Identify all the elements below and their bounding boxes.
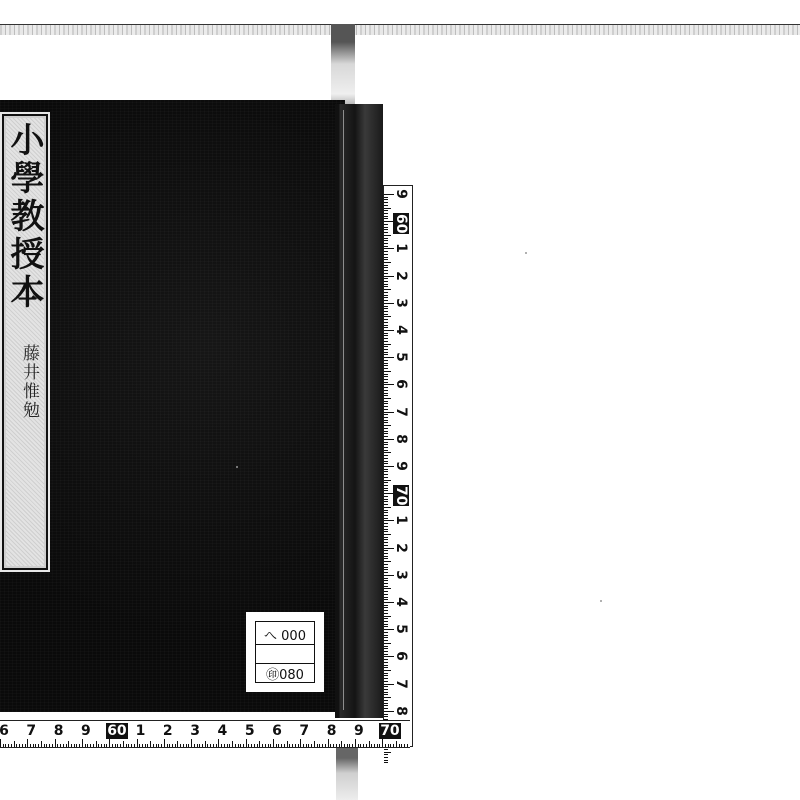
ruler-tick: [384, 504, 388, 505]
ruler-tick: [384, 507, 391, 508]
ruler-tick: [384, 297, 388, 298]
ruler-tick: [404, 744, 405, 747]
ruler-tick: [175, 744, 176, 747]
ruler-tick: [384, 232, 388, 233]
ruler-tick: [384, 564, 388, 565]
ruler-tick: [384, 319, 388, 320]
ruler-tick: [384, 537, 388, 538]
ruler-tick: [384, 760, 388, 761]
ruler-tick: [384, 749, 388, 750]
ruler-tick: [384, 681, 388, 682]
ruler-tick: [384, 398, 391, 399]
ruler-tick: [384, 213, 388, 214]
ruler-tick: [384, 390, 388, 391]
ruler-tick: [172, 744, 173, 747]
ruler-tick: [374, 744, 375, 747]
ruler-tick: [384, 433, 388, 434]
ruler-tick: [169, 744, 170, 747]
ruler-tick: [384, 637, 388, 638]
ruler-tick: [384, 414, 388, 415]
ruler-tick: [57, 744, 58, 747]
ruler-tick: [384, 689, 388, 690]
ruler-tick: [384, 417, 388, 418]
ruler-tick: [384, 708, 388, 709]
ruler-tick: [322, 744, 323, 747]
ruler-tick: [384, 697, 391, 698]
ruler-tick: [278, 744, 279, 747]
ruler-number: 60: [393, 213, 409, 229]
ruler-tick: [363, 744, 364, 747]
ruler-tick: [384, 278, 388, 279]
ruler-tick: [227, 744, 228, 747]
ruler-tick: [384, 431, 388, 432]
ruler-tick: [384, 624, 388, 625]
stamp-line-3: ㊞080: [256, 664, 314, 683]
ruler-tick: [384, 229, 388, 230]
ruler-tick: [333, 744, 334, 747]
ruler-tick: [115, 744, 116, 747]
ruler-tick: [221, 744, 222, 747]
ruler-number: 9: [352, 723, 366, 739]
ruler-tick: [210, 744, 211, 747]
ruler-tick: [319, 744, 320, 747]
ruler-tick: [377, 744, 378, 747]
horizontal-ruler: 67896012345678970: [0, 720, 410, 748]
ruler-tick: [384, 594, 388, 595]
ruler-number: 2: [161, 723, 175, 739]
ruler-tick: [384, 395, 388, 396]
ruler-tick: [384, 376, 388, 377]
ruler-tick: [360, 744, 361, 747]
ruler-tick: [134, 744, 135, 747]
ruler-tick: [390, 744, 391, 747]
ruler-tick: [109, 739, 110, 747]
ruler-number: 8: [393, 703, 409, 719]
ruler-tick: [33, 744, 34, 747]
ruler-tick: [101, 744, 102, 747]
ruler-tick: [384, 262, 391, 263]
ruler-tick: [384, 344, 391, 345]
ruler-tick: [232, 741, 233, 747]
ruler-tick: [276, 744, 277, 747]
ruler-tick: [11, 744, 12, 747]
ruler-tick: [273, 739, 274, 747]
ruler-tick: [112, 744, 113, 747]
ruler-tick: [384, 374, 388, 375]
ruler-tick: [27, 739, 28, 747]
ruler-tick: [384, 501, 388, 502]
ruler-tick: [384, 208, 391, 209]
ruler-tick: [235, 744, 236, 747]
ruler-tick: [384, 534, 391, 535]
ruler-tick: [38, 744, 39, 747]
ruler-tick: [384, 518, 388, 519]
ruler-number: 3: [393, 295, 409, 311]
ruler-tick: [352, 744, 353, 747]
ruler-tick: [384, 714, 388, 715]
ruler-tick: [341, 741, 342, 747]
ruler-tick: [349, 744, 350, 747]
ruler-tick: [384, 496, 388, 497]
book-title: 小學教授本: [4, 122, 44, 312]
ruler-tick: [120, 744, 121, 747]
ruler-tick: [145, 744, 146, 747]
ruler-tick: [295, 744, 296, 747]
ruler-tick: [384, 311, 388, 312]
ruler-tick: [281, 744, 282, 747]
ruler-tick: [384, 235, 391, 236]
ruler-tick: [384, 316, 391, 317]
ruler-tick: [384, 678, 388, 679]
ruler-tick: [128, 744, 129, 747]
ruler-tick: [384, 382, 388, 383]
ruler-tick: [384, 469, 388, 470]
ruler-tick: [153, 744, 154, 747]
ruler-tick: [384, 393, 388, 394]
ruler-tick: [8, 744, 9, 747]
ruler-tick: [384, 197, 388, 198]
ruler-tick: [384, 667, 388, 668]
ruler-tick: [384, 458, 388, 459]
ruler-number: 2: [393, 268, 409, 284]
ruler-tick: [384, 754, 388, 755]
ruler-tick: [384, 205, 388, 206]
ruler-tick: [384, 675, 388, 676]
ruler-tick: [384, 341, 388, 342]
ruler-tick: [106, 744, 107, 747]
library-stamp: へ 000 ㊞080: [248, 614, 322, 690]
ruler-tick: [384, 635, 388, 636]
ruler-tick: [44, 744, 45, 747]
ruler-tick: [22, 744, 23, 747]
ruler-tick: [289, 744, 290, 747]
ruler-tick: [384, 273, 388, 274]
stamp-line-1: へ 000: [256, 625, 314, 644]
ruler-tick: [0, 739, 1, 747]
ruler-tick: [384, 238, 388, 239]
ruler-tick: [314, 741, 315, 747]
ruler-tick: [262, 744, 263, 747]
ruler-tick: [384, 199, 388, 200]
ruler-tick: [384, 588, 391, 589]
ruler-tick: [3, 744, 4, 747]
ruler-tick: [384, 529, 388, 530]
ruler-tick: [384, 442, 388, 443]
ruler-tick: [183, 744, 184, 747]
ruler-tick: [339, 744, 340, 747]
ruler-tick: [384, 694, 388, 695]
ruler-tick: [384, 572, 388, 573]
ruler-tick: [194, 744, 195, 747]
ruler-tick: [85, 744, 86, 747]
ruler-tick: [384, 567, 388, 568]
ruler-tick: [248, 744, 249, 747]
ruler-tick: [246, 739, 247, 747]
ruler-tick: [384, 450, 388, 451]
ruler-tick: [379, 744, 380, 747]
ruler-tick: [384, 607, 388, 608]
ruler-tick: [384, 599, 388, 600]
ruler-tick: [63, 744, 64, 747]
ruler-tick: [308, 744, 309, 747]
ruler-tick: [257, 744, 258, 747]
ruler-tick: [254, 744, 255, 747]
ruler-number: 5: [393, 621, 409, 637]
ruler-tick: [292, 744, 293, 747]
ruler-tick: [384, 246, 388, 247]
ruler-tick: [366, 744, 367, 747]
ruler-tick: [384, 651, 388, 652]
ruler-tick: [384, 703, 388, 704]
ruler-tick: [270, 744, 271, 747]
ruler-tick: [300, 739, 301, 747]
stamp-line-2: [256, 644, 314, 664]
ruler-number: 6: [270, 723, 284, 739]
ruler-tick: [328, 739, 329, 747]
ruler-tick: [156, 744, 157, 747]
ruler-tick: [407, 744, 408, 747]
tie-strap-top: [331, 24, 355, 104]
ruler-tick: [150, 741, 151, 747]
ruler-tick: [224, 744, 225, 747]
ruler-tick: [384, 539, 388, 540]
ruler-tick: [52, 744, 53, 747]
ruler-tick: [384, 371, 391, 372]
book-author: 藤井惟勉: [16, 344, 42, 420]
ruler-tick: [384, 425, 391, 426]
ruler-tick: [384, 428, 388, 429]
ruler-tick: [385, 744, 386, 747]
ruler-tick: [384, 490, 388, 491]
ruler-tick: [384, 202, 388, 203]
ruler-tick: [384, 646, 388, 647]
ruler-tick: [399, 744, 400, 747]
ruler-tick: [384, 286, 388, 287]
ruler-tick: [251, 744, 252, 747]
ruler-tick: [325, 744, 326, 747]
ruler-tick: [384, 597, 388, 598]
ruler-tick: [317, 744, 318, 747]
ruler-tick: [303, 744, 304, 747]
ruler-tick: [384, 387, 388, 388]
ruler-tick: [384, 716, 388, 717]
ruler-tick: [207, 744, 208, 747]
ruler-tick: [384, 621, 388, 622]
ruler-number: 7: [24, 723, 38, 739]
ruler-tick: [384, 762, 388, 763]
ruler-tick: [384, 243, 388, 244]
ruler-tick: [384, 523, 388, 524]
ruler-tick: [384, 526, 388, 527]
ruler-tick: [384, 550, 388, 551]
ruler-tick: [384, 531, 388, 532]
ruler-tick: [384, 259, 388, 260]
ruler-tick: [384, 265, 388, 266]
ruler-tick: [384, 510, 388, 511]
top-paper-band: [0, 24, 800, 35]
ruler-number: 6: [393, 648, 409, 664]
ruler-tick: [384, 254, 388, 255]
ruler-tick: [384, 314, 388, 315]
ruler-tick: [384, 444, 388, 445]
ruler-tick: [126, 744, 127, 747]
ruler-tick: [384, 406, 388, 407]
ruler-tick: [384, 327, 388, 328]
ruler-tick: [384, 218, 388, 219]
ruler-tick: [55, 739, 56, 747]
ruler-tick: [76, 744, 77, 747]
ruler-number: 70: [379, 723, 393, 739]
ruler-tick: [384, 463, 388, 464]
binding-stitch: [343, 110, 344, 710]
ruler-number: 70: [393, 485, 409, 501]
ruler-number: 6: [0, 723, 11, 739]
ruler-tick: [384, 553, 388, 554]
ruler-tick: [243, 744, 244, 747]
ruler-tick: [384, 224, 388, 225]
ruler-tick: [5, 744, 6, 747]
ruler-tick: [98, 744, 99, 747]
ruler-number: 3: [188, 723, 202, 739]
ruler-number: 5: [243, 723, 257, 739]
ruler-tick: [49, 744, 50, 747]
ruler-tick: [213, 744, 214, 747]
ruler-tick: [384, 420, 388, 421]
ruler-tick: [388, 744, 389, 747]
ruler-tick: [384, 338, 388, 339]
ruler-tick: [384, 583, 388, 584]
ruler-tick: [384, 281, 388, 282]
ruler-tick: [384, 488, 388, 489]
ruler-tick: [384, 686, 388, 687]
ruler-number: 3: [393, 567, 409, 583]
ruler-tick: [30, 744, 31, 747]
ruler-tick: [384, 257, 388, 258]
ruler-tick: [384, 346, 388, 347]
ruler-tick: [384, 227, 388, 228]
ruler-tick: [25, 744, 26, 747]
ruler-tick: [74, 744, 75, 747]
ruler-tick: [384, 471, 388, 472]
ruler-number: 7: [297, 723, 311, 739]
ruler-tick: [197, 744, 198, 747]
ruler-tick: [384, 461, 388, 462]
ruler-tick: [306, 744, 307, 747]
ruler-tick: [311, 744, 312, 747]
ruler-tick: [199, 744, 200, 747]
ruler-tick: [384, 292, 388, 293]
ruler-tick: [259, 741, 260, 747]
ruler-tick: [384, 333, 388, 334]
ruler-tick: [347, 744, 348, 747]
ruler-tick: [384, 354, 388, 355]
ruler-tick: [104, 744, 105, 747]
ruler-tick: [384, 422, 388, 423]
ruler-tick: [384, 670, 391, 671]
ruler-number: 8: [325, 723, 339, 739]
ruler-number: 9: [393, 458, 409, 474]
ruler-number: 1: [393, 240, 409, 256]
ruler-tick: [384, 626, 388, 627]
ruler-number: 5: [393, 349, 409, 365]
ruler-tick: [240, 744, 241, 747]
vertical-ruler: 96012345678970123456789: [383, 185, 413, 747]
ruler-tick: [384, 605, 388, 606]
ruler-tick: [384, 640, 388, 641]
ruler-tick: [188, 744, 189, 747]
ruler-tick: [16, 744, 17, 747]
ruler-tick: [205, 741, 206, 747]
ruler-tick: [384, 251, 388, 252]
ruler-tick: [371, 744, 372, 747]
ruler-tick: [384, 659, 388, 660]
ruler-tick: [336, 744, 337, 747]
ruler-tick: [384, 452, 391, 453]
ruler-tick: [14, 741, 15, 747]
ruler-tick: [90, 744, 91, 747]
ruler-tick: [384, 403, 388, 404]
ruler-tick: [147, 744, 148, 747]
ruler-tick: [384, 482, 388, 483]
ruler-tick: [384, 586, 388, 587]
ruler-tick: [384, 365, 388, 366]
ruler-tick: [384, 308, 388, 309]
ruler-tick: [384, 335, 388, 336]
ruler-tick: [384, 561, 391, 562]
ruler-tick: [139, 744, 140, 747]
ruler-tick: [384, 591, 388, 592]
ruler-tick: [384, 447, 388, 448]
ruler-tick: [384, 300, 388, 301]
ruler-tick: [384, 618, 388, 619]
ruler-tick: [384, 360, 388, 361]
ruler-tick: [238, 744, 239, 747]
ruler-tick: [384, 325, 388, 326]
ruler-tick: [384, 662, 388, 663]
ruler-tick: [384, 654, 388, 655]
ruler-tick: [66, 744, 67, 747]
ruler-tick: [384, 757, 388, 758]
ruler-tick: [123, 741, 124, 747]
ruler-tick: [384, 267, 388, 268]
ruler-tick: [384, 556, 388, 557]
ruler-tick: [384, 610, 388, 611]
ruler-tick: [384, 379, 388, 380]
ruler-tick: [284, 744, 285, 747]
ruler-number: 9: [79, 723, 93, 739]
ruler-tick: [158, 744, 159, 747]
ruler-tick: [137, 739, 138, 747]
ruler-tick: [396, 741, 397, 747]
ruler-tick: [384, 558, 388, 559]
ruler-tick: [401, 744, 402, 747]
ruler-tick: [96, 741, 97, 747]
ruler-tick: [186, 744, 187, 747]
ruler-number: 1: [134, 723, 148, 739]
ruler-tick: [384, 515, 388, 516]
ruler-tick: [384, 436, 388, 437]
ruler-number: 6: [393, 376, 409, 392]
ruler-tick: [384, 569, 388, 570]
ruler-tick: [384, 306, 388, 307]
ruler-number: 7: [393, 676, 409, 692]
speck: [525, 252, 527, 254]
ruler-tick: [384, 322, 388, 323]
ruler-tick: [384, 512, 388, 513]
ruler-number: 1: [393, 512, 409, 528]
ruler-tick: [382, 739, 383, 747]
ruler-tick: [180, 744, 181, 747]
